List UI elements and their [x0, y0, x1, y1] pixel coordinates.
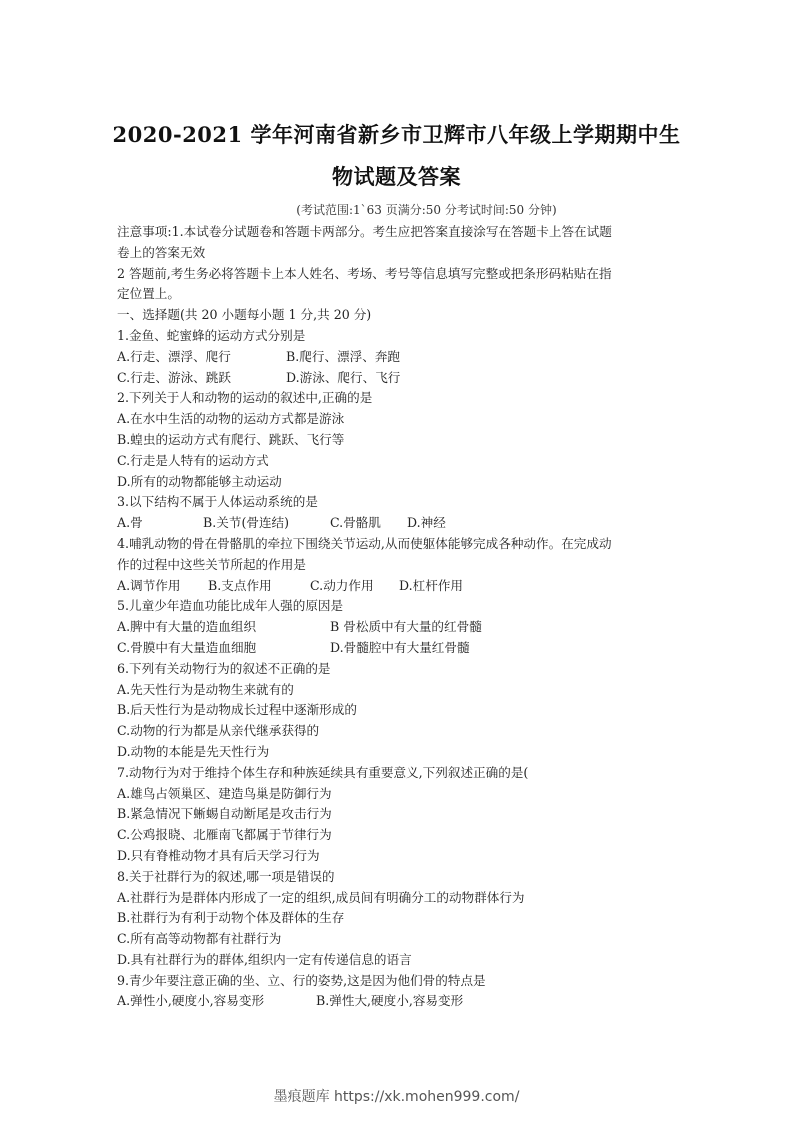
option-row: A.弹性小,硬度小,容易变形 B.弹性大,硬度小,容易变形: [117, 991, 682, 1012]
option-row: C.骨膜中有大量造血细胞 D.骨髓腔中有大量红骨髓: [117, 638, 682, 659]
option-b: B.支点作用: [208, 576, 272, 597]
notice-line: 定位置上。: [117, 284, 682, 305]
question-stem: 6.下列有关动物行为的叙述不正确的是: [117, 659, 682, 680]
document-body: 注意事项:1.本试卷分试题卷和答题卡两部分。考生应把答案直接涂写在答题卡上答在试…: [117, 222, 682, 1012]
section-heading: 一、选择题(共 20 小题每小题 1 分,共 20 分): [117, 305, 682, 326]
question-stem-continued: 作的过程中这些关节所起的作用是: [117, 555, 682, 576]
option-a: A.骨: [117, 513, 143, 534]
option-c: C.所有高等动物都有社群行为: [117, 929, 682, 950]
exam-info: (考试范围:1`63 页满分:50 分考试时间:50 分钟): [0, 201, 793, 218]
option-d: D.神经: [407, 513, 446, 534]
option-a: A.先天性行为是动物生来就有的: [117, 680, 682, 701]
option-a: A.社群行为是群体内形成了一定的组织,成员间有明确分工的动物群体行为: [117, 888, 682, 909]
question-stem: 5.儿童少年造血功能比成年人强的原因是: [117, 596, 682, 617]
option-d: D.杠杆作用: [399, 576, 463, 597]
question-stem: 8.关于社群行为的叙述,哪一项是错误的: [117, 867, 682, 888]
watermark-footer: 墨痕题库 https://xk.mohen999.com/: [0, 1086, 793, 1106]
option-b: B.紧急情况下蜥蜴自动断尾是攻击行为: [117, 804, 682, 825]
question-stem: 3.以下结构不属于人体运动系统的是: [117, 492, 682, 513]
option-b: B 骨松质中有大量的红骨髓: [330, 617, 482, 638]
option-a: A.在水中生活的动物的运动方式都是游泳: [117, 409, 682, 430]
option-a: A.雄鸟占领巢区、建造鸟巢是防御行为: [117, 784, 682, 805]
option-row: C.行走、游泳、跳跃 D.游泳、爬行、飞行: [117, 368, 682, 389]
document-title-line-2: 物试题及答案: [0, 161, 793, 191]
option-a: A.调节作用: [117, 576, 180, 597]
option-b: B.弹性大,硬度小,容易变形: [316, 991, 463, 1012]
document-title-line-1: 2020-2021 学年河南省新乡市卫辉市八年级上学期期中生: [0, 119, 793, 149]
option-b: B.蝗虫的运动方式有爬行、跳跃、飞行等: [117, 430, 682, 451]
option-b: B.爬行、漂浮、奔跑: [286, 347, 400, 368]
option-b: B.关节(骨连结): [203, 513, 289, 534]
option-row: A.骨 B.关节(骨连结) C.骨骼肌 D.神经: [117, 513, 682, 534]
option-c: C.动物的行为都是从亲代继承获得的: [117, 721, 682, 742]
option-a: A.弹性小,硬度小,容易变形: [117, 991, 264, 1012]
option-c: C.行走、游泳、跳跃: [117, 368, 231, 389]
option-a: A.行走、漂浮、爬行: [117, 347, 231, 368]
notice-line: 2 答题前,考生务必将答题卡上本人姓名、考场、考号等信息填写完整或把条形码粘贴在…: [117, 264, 682, 285]
question-stem: 4.哺乳动物的骨在骨骼肌的牵拉下围绕关节运动,从而使躯体能够完成各种动作。在完成…: [117, 534, 682, 555]
option-d: D.具有社群行为的群体,组织内一定有传递信息的语言: [117, 950, 682, 971]
option-c: C.骨骼肌: [330, 513, 381, 534]
question-stem: 7.动物行为对于维持个体生存和种族延续具有重要意义,下列叙述正确的是(: [117, 763, 682, 784]
question-stem: 1.金鱼、蛇蜜蜂的运动方式分别是: [117, 326, 682, 347]
option-d: D.动物的本能是先天性行为: [117, 742, 682, 763]
notice-line: 注意事项:1.本试卷分试题卷和答题卡两部分。考生应把答案直接涂写在答题卡上答在试…: [117, 222, 682, 243]
option-d: D.骨髓腔中有大量红骨髓: [330, 638, 470, 659]
option-c: C.动力作用: [310, 576, 374, 597]
option-d: D.只有脊椎动物才具有后天学习行为: [117, 846, 682, 867]
question-stem: 2.下列关于人和动物的运动的叙述中,正确的是: [117, 388, 682, 409]
option-row: A.调节作用 B.支点作用 C.动力作用 D.杠杆作用: [117, 576, 682, 597]
option-d: D.游泳、爬行、飞行: [286, 368, 400, 389]
option-a: A.脾中有大量的造血组织: [117, 617, 256, 638]
option-c: C.骨膜中有大量造血细胞: [117, 638, 256, 659]
option-d: D.所有的动物都能够主动运动: [117, 472, 682, 493]
option-c: C.公鸡报晓、北雁南飞都属于节律行为: [117, 825, 682, 846]
option-c: C.行走是人特有的运动方式: [117, 451, 682, 472]
option-b: B.后天性行为是动物成长过程中逐渐形成的: [117, 700, 682, 721]
question-stem: 9.青少年要注意正确的坐、立、行的姿势,这是因为他们骨的特点是: [117, 971, 682, 992]
notice-line: 卷上的答案无效: [117, 243, 682, 264]
option-row: A.脾中有大量的造血组织 B 骨松质中有大量的红骨髓: [117, 617, 682, 638]
option-row: A.行走、漂浮、爬行 B.爬行、漂浮、奔跑: [117, 347, 682, 368]
option-b: B.社群行为有利于动物个体及群体的生存: [117, 908, 682, 929]
